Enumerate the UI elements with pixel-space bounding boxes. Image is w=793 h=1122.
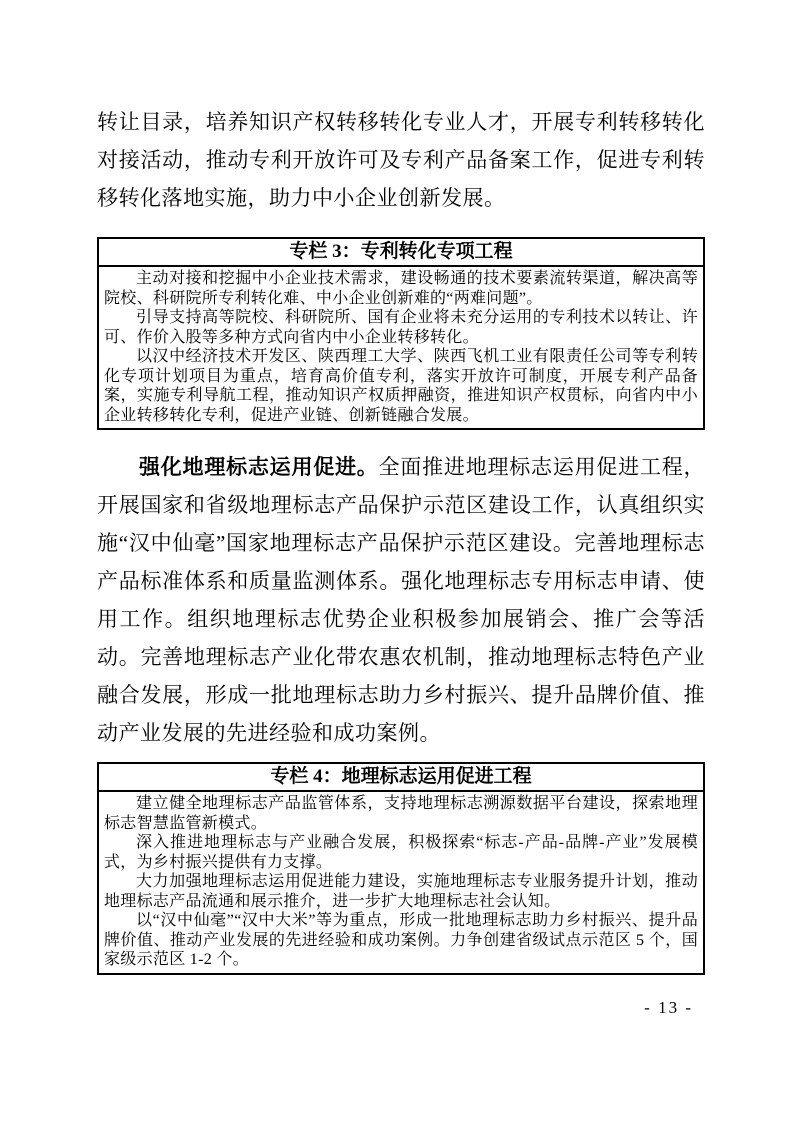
feature-box-4-paragraph: 以“汉中仙毫”“汉中大米”等为重点，形成一批地理标志助力乡村振兴、提升品牌价值、… bbox=[104, 911, 698, 970]
page-number: - 13 - bbox=[644, 998, 693, 1018]
feature-box-3-title: 专栏 3：专利转化专项工程 bbox=[99, 239, 703, 267]
feature-box-4-title: 专栏 4：地理标志运用促进工程 bbox=[99, 764, 703, 792]
feature-box-3: 专栏 3：专利转化专项工程 主动对接和挖掘中小企业技术需求，建设畅通的技术要素流… bbox=[97, 237, 705, 430]
document-content: 转让目录，培养知识产权转移转化专业人才，开展专利转移转化对接活动，推动专利开放许… bbox=[97, 103, 705, 975]
feature-box-3-paragraph: 引导支持高等院校、科研院所、国有企业将未充分运用的专利技术以转让、许可、作价入股… bbox=[104, 308, 698, 347]
feature-box-3-body: 主动对接和挖掘中小企业技术需求，建设畅通的技术要素流转渠道，解决高等院校、科研院… bbox=[99, 267, 703, 428]
document-page: 转让目录，培养知识产权转移转化专业人才，开展专利转移转化对接活动，推动专利开放许… bbox=[0, 0, 793, 1122]
feature-box-4-paragraph: 建立健全地理标志产品监管体系，支持地理标志溯源数据平台建设，探索地理标志智慧监管… bbox=[104, 794, 698, 833]
feature-box-4-paragraph: 大力加强地理标志运用促进能力建设，实施地理标志专业服务提升计划，推动地理标志产品… bbox=[104, 872, 698, 911]
feature-box-3-paragraph: 主动对接和挖掘中小企业技术需求，建设畅通的技术要素流转渠道，解决高等院校、科研院… bbox=[104, 269, 698, 308]
feature-box-4-paragraph: 深入推进地理标志与产业融合发展，积极探索“标志-产品-品牌-产业”发展模式，为乡… bbox=[104, 833, 698, 872]
paragraph-lead-bold: 强化地理标志运用促进。 bbox=[139, 455, 379, 479]
paragraph-patent-transfer: 转让目录，培养知识产权转移转化专业人才，开展专利转移转化对接活动，推动专利开放许… bbox=[97, 103, 705, 217]
feature-box-3-paragraph: 以汉中经济技术开发区、陕西理工大学、陕西飞机工业有限责任公司等专利转化专项计划项… bbox=[104, 347, 698, 425]
paragraph-body-text: 全面推进地理标志运用促进工程，开展国家和省级地理标志产品保护示范区建设工作，认真… bbox=[97, 455, 705, 745]
feature-box-4: 专栏 4：地理标志运用促进工程 建立健全地理标志产品监管体系，支持地理标志溯源数… bbox=[97, 762, 705, 975]
feature-box-4-body: 建立健全地理标志产品监管体系，支持地理标志溯源数据平台建设，探索地理标志智慧监管… bbox=[99, 792, 703, 973]
paragraph-geographic-indication: 强化地理标志运用促进。全面推进地理标志运用促进工程，开展国家和省级地理标志产品保… bbox=[97, 448, 705, 752]
